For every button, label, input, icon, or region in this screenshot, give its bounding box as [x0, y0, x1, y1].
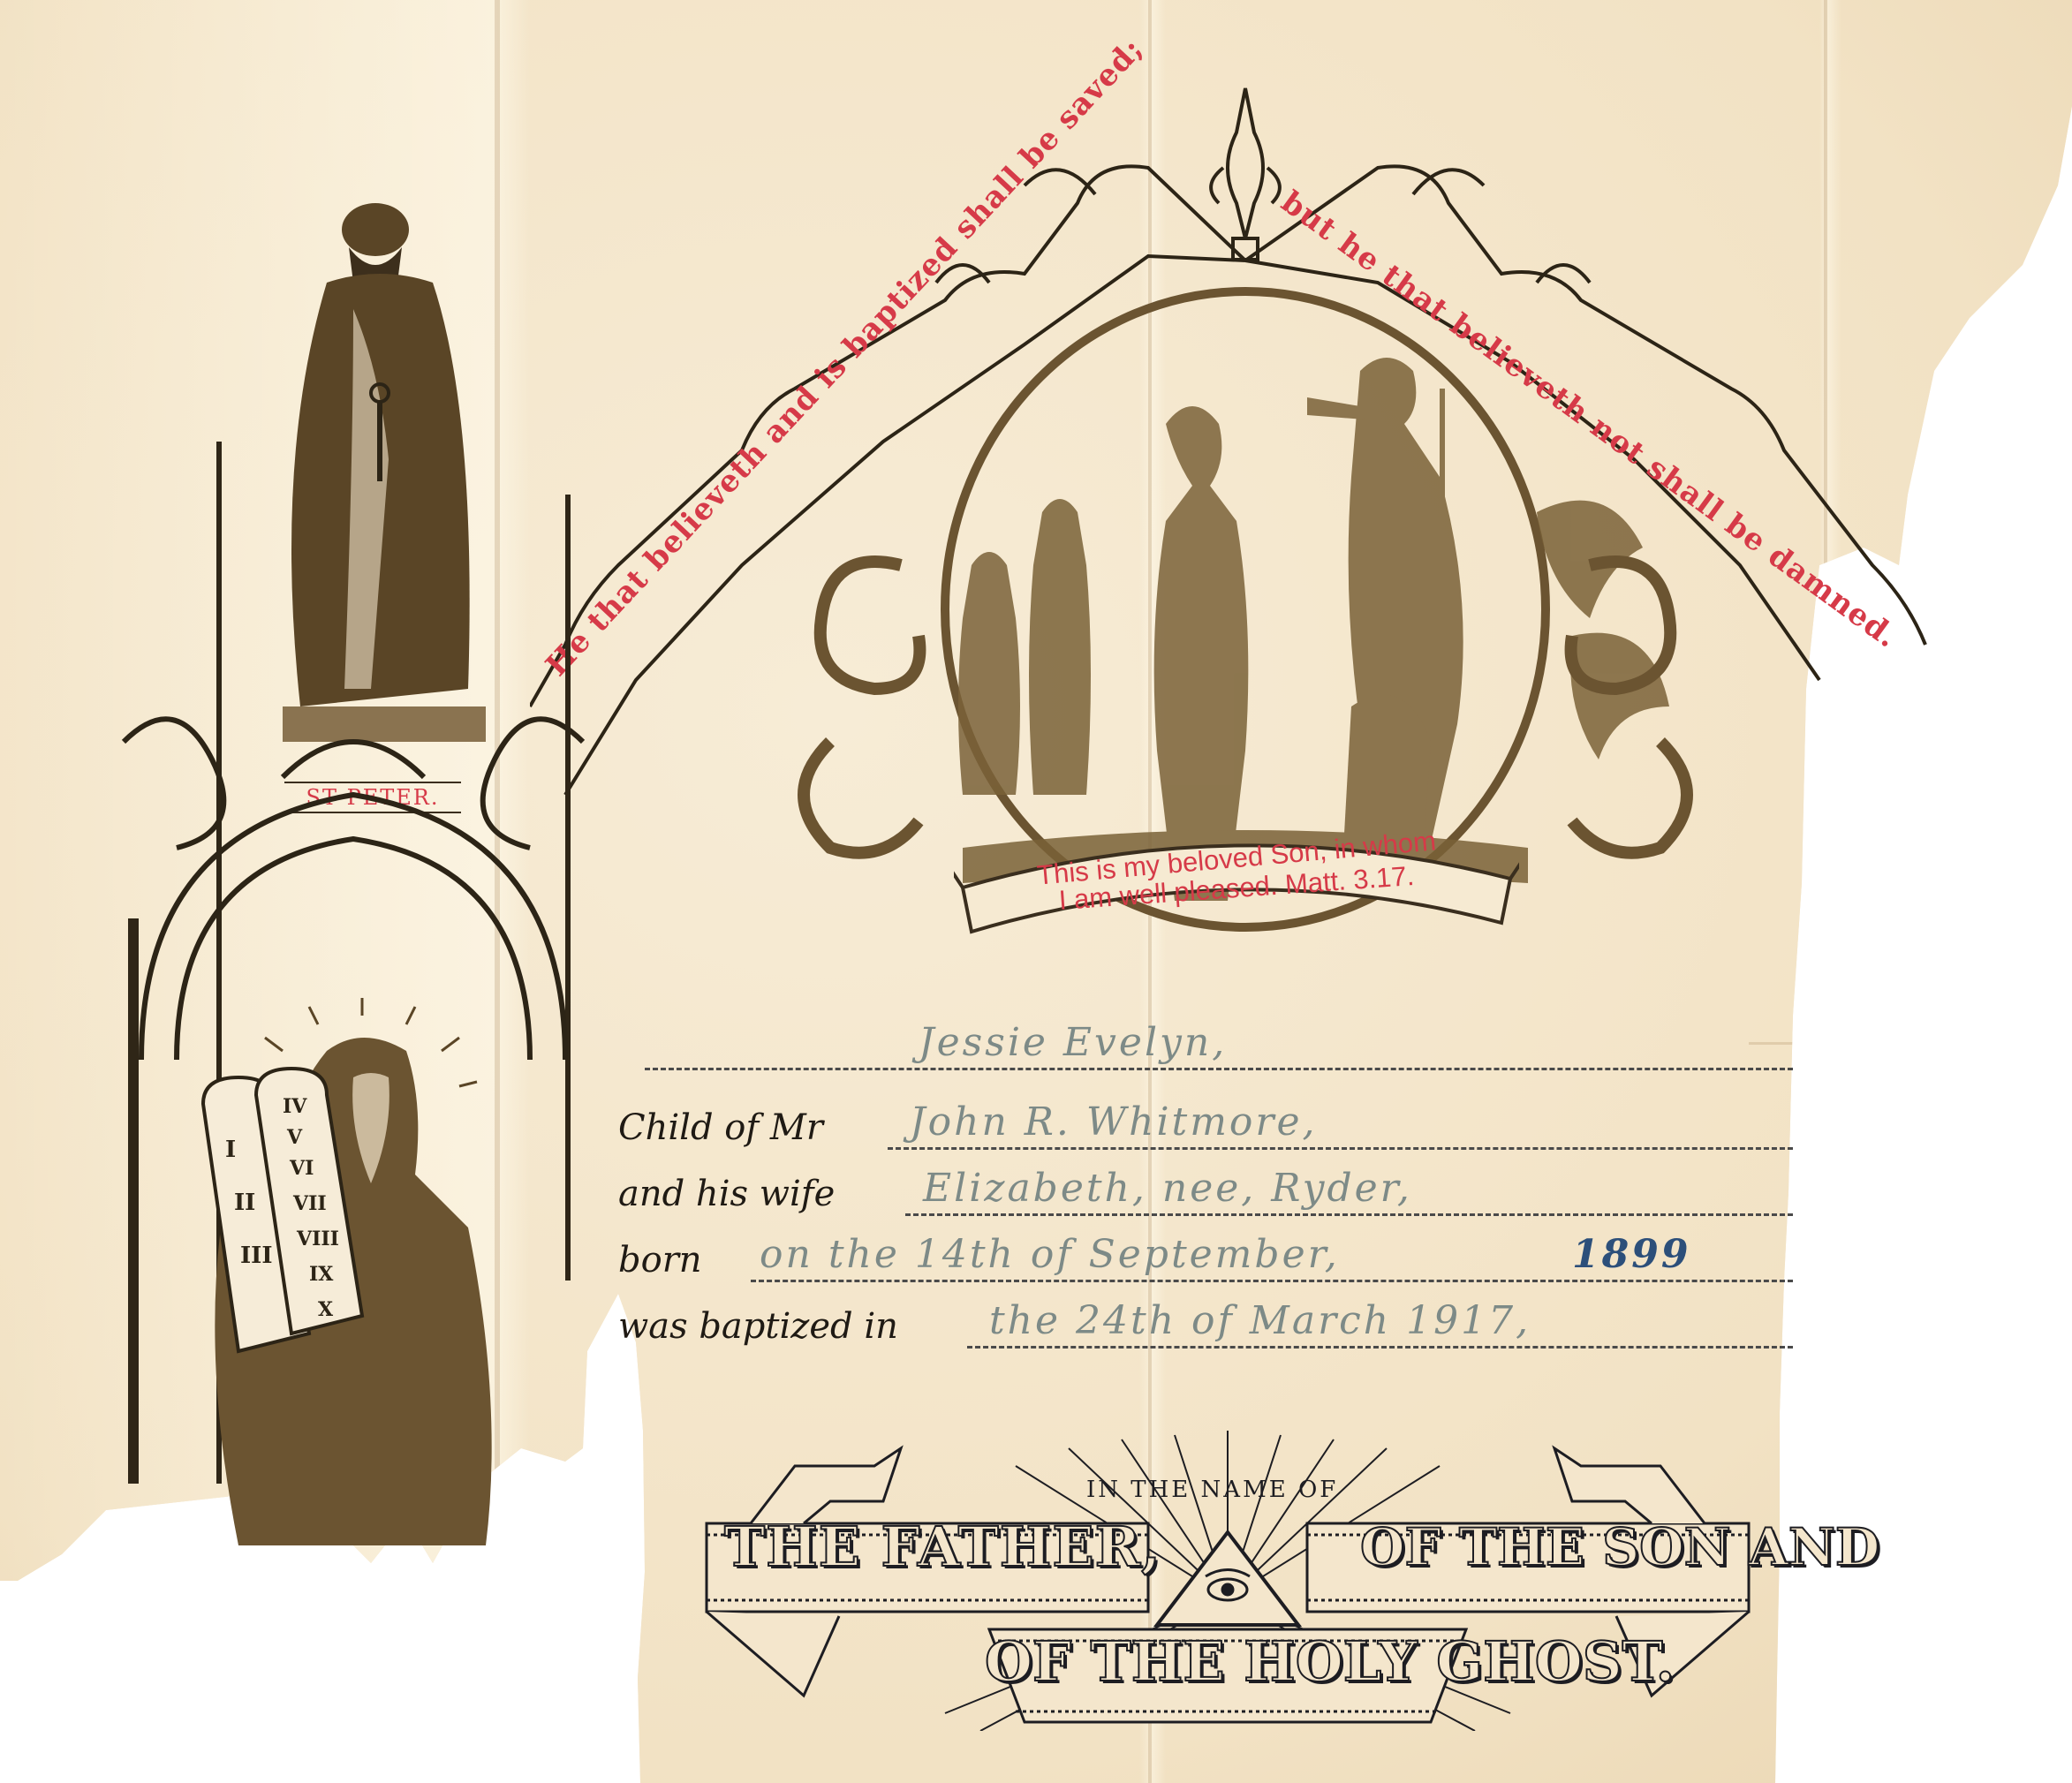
- scripture-caption: This is my beloved Son, in whom I am wel…: [980, 843, 1493, 903]
- st-peter-illustration: [265, 194, 495, 759]
- form-line: [645, 1068, 1793, 1070]
- form-line: [888, 1147, 1793, 1150]
- form-row-father: Child of Mr John R. Whitmore,: [618, 1095, 1793, 1157]
- form-label-baptized-text: was baptized: [618, 1306, 853, 1347]
- the-father-text: THE FATHER,: [724, 1515, 1161, 1579]
- father-name-handwriting: John R. Whitmore,: [910, 1099, 1317, 1145]
- form-label-baptized: was baptized in: [618, 1306, 898, 1347]
- birth-year-handwriting: 1899: [1572, 1232, 1690, 1277]
- tablet-numeral: V: [286, 1126, 303, 1149]
- tablet-numeral: III: [240, 1243, 273, 1269]
- baptism-date-handwriting: the 24th of March 1917,: [989, 1298, 1531, 1343]
- form-line: [905, 1213, 1793, 1216]
- mother-name-handwriting: Elizabeth, nee, Ryder,: [923, 1166, 1412, 1211]
- tablet-numeral: I: [225, 1137, 236, 1163]
- tablet-numeral: VII: [292, 1192, 327, 1215]
- tablet-numeral: II: [234, 1190, 255, 1216]
- moses-illustration: I II III IV V VI VII VIII IX X: [185, 998, 521, 1545]
- form-row-baptized: was baptized in the 24th of March 1917,: [618, 1294, 1793, 1356]
- form-row-mother: and his wife Elizabeth, nee, Ryder,: [618, 1161, 1793, 1223]
- child-name-handwriting: Jessie Evelyn,: [919, 1020, 1227, 1065]
- form-label-mother: and his wife: [618, 1174, 835, 1214]
- tablet-numeral: IX: [309, 1263, 334, 1286]
- form-row-born: born on the 14th of September, 1899: [618, 1228, 1793, 1289]
- tablet-numeral: IV: [283, 1095, 307, 1118]
- tablet-numeral: VIII: [296, 1228, 339, 1250]
- tablet-numeral: X: [318, 1298, 334, 1321]
- in-the-name-of-text: IN THE NAME OF: [1086, 1477, 1338, 1503]
- birth-date-handwriting: on the 14th of September,: [760, 1232, 1340, 1277]
- form-line: [967, 1346, 1793, 1349]
- tablet-numeral: VI: [289, 1157, 314, 1180]
- of-the-son-text: OF THE SON AND: [1360, 1517, 1879, 1577]
- form-row-name: Jessie Evelyn,: [618, 1016, 1793, 1077]
- form-label-born: born: [618, 1240, 702, 1281]
- form-label-father: Child of Mr: [618, 1107, 823, 1148]
- form-line: [751, 1280, 1793, 1282]
- holy-ghost-text: OF THE HOLY GHOST.: [985, 1629, 1675, 1694]
- form-label-in: in: [864, 1306, 898, 1347]
